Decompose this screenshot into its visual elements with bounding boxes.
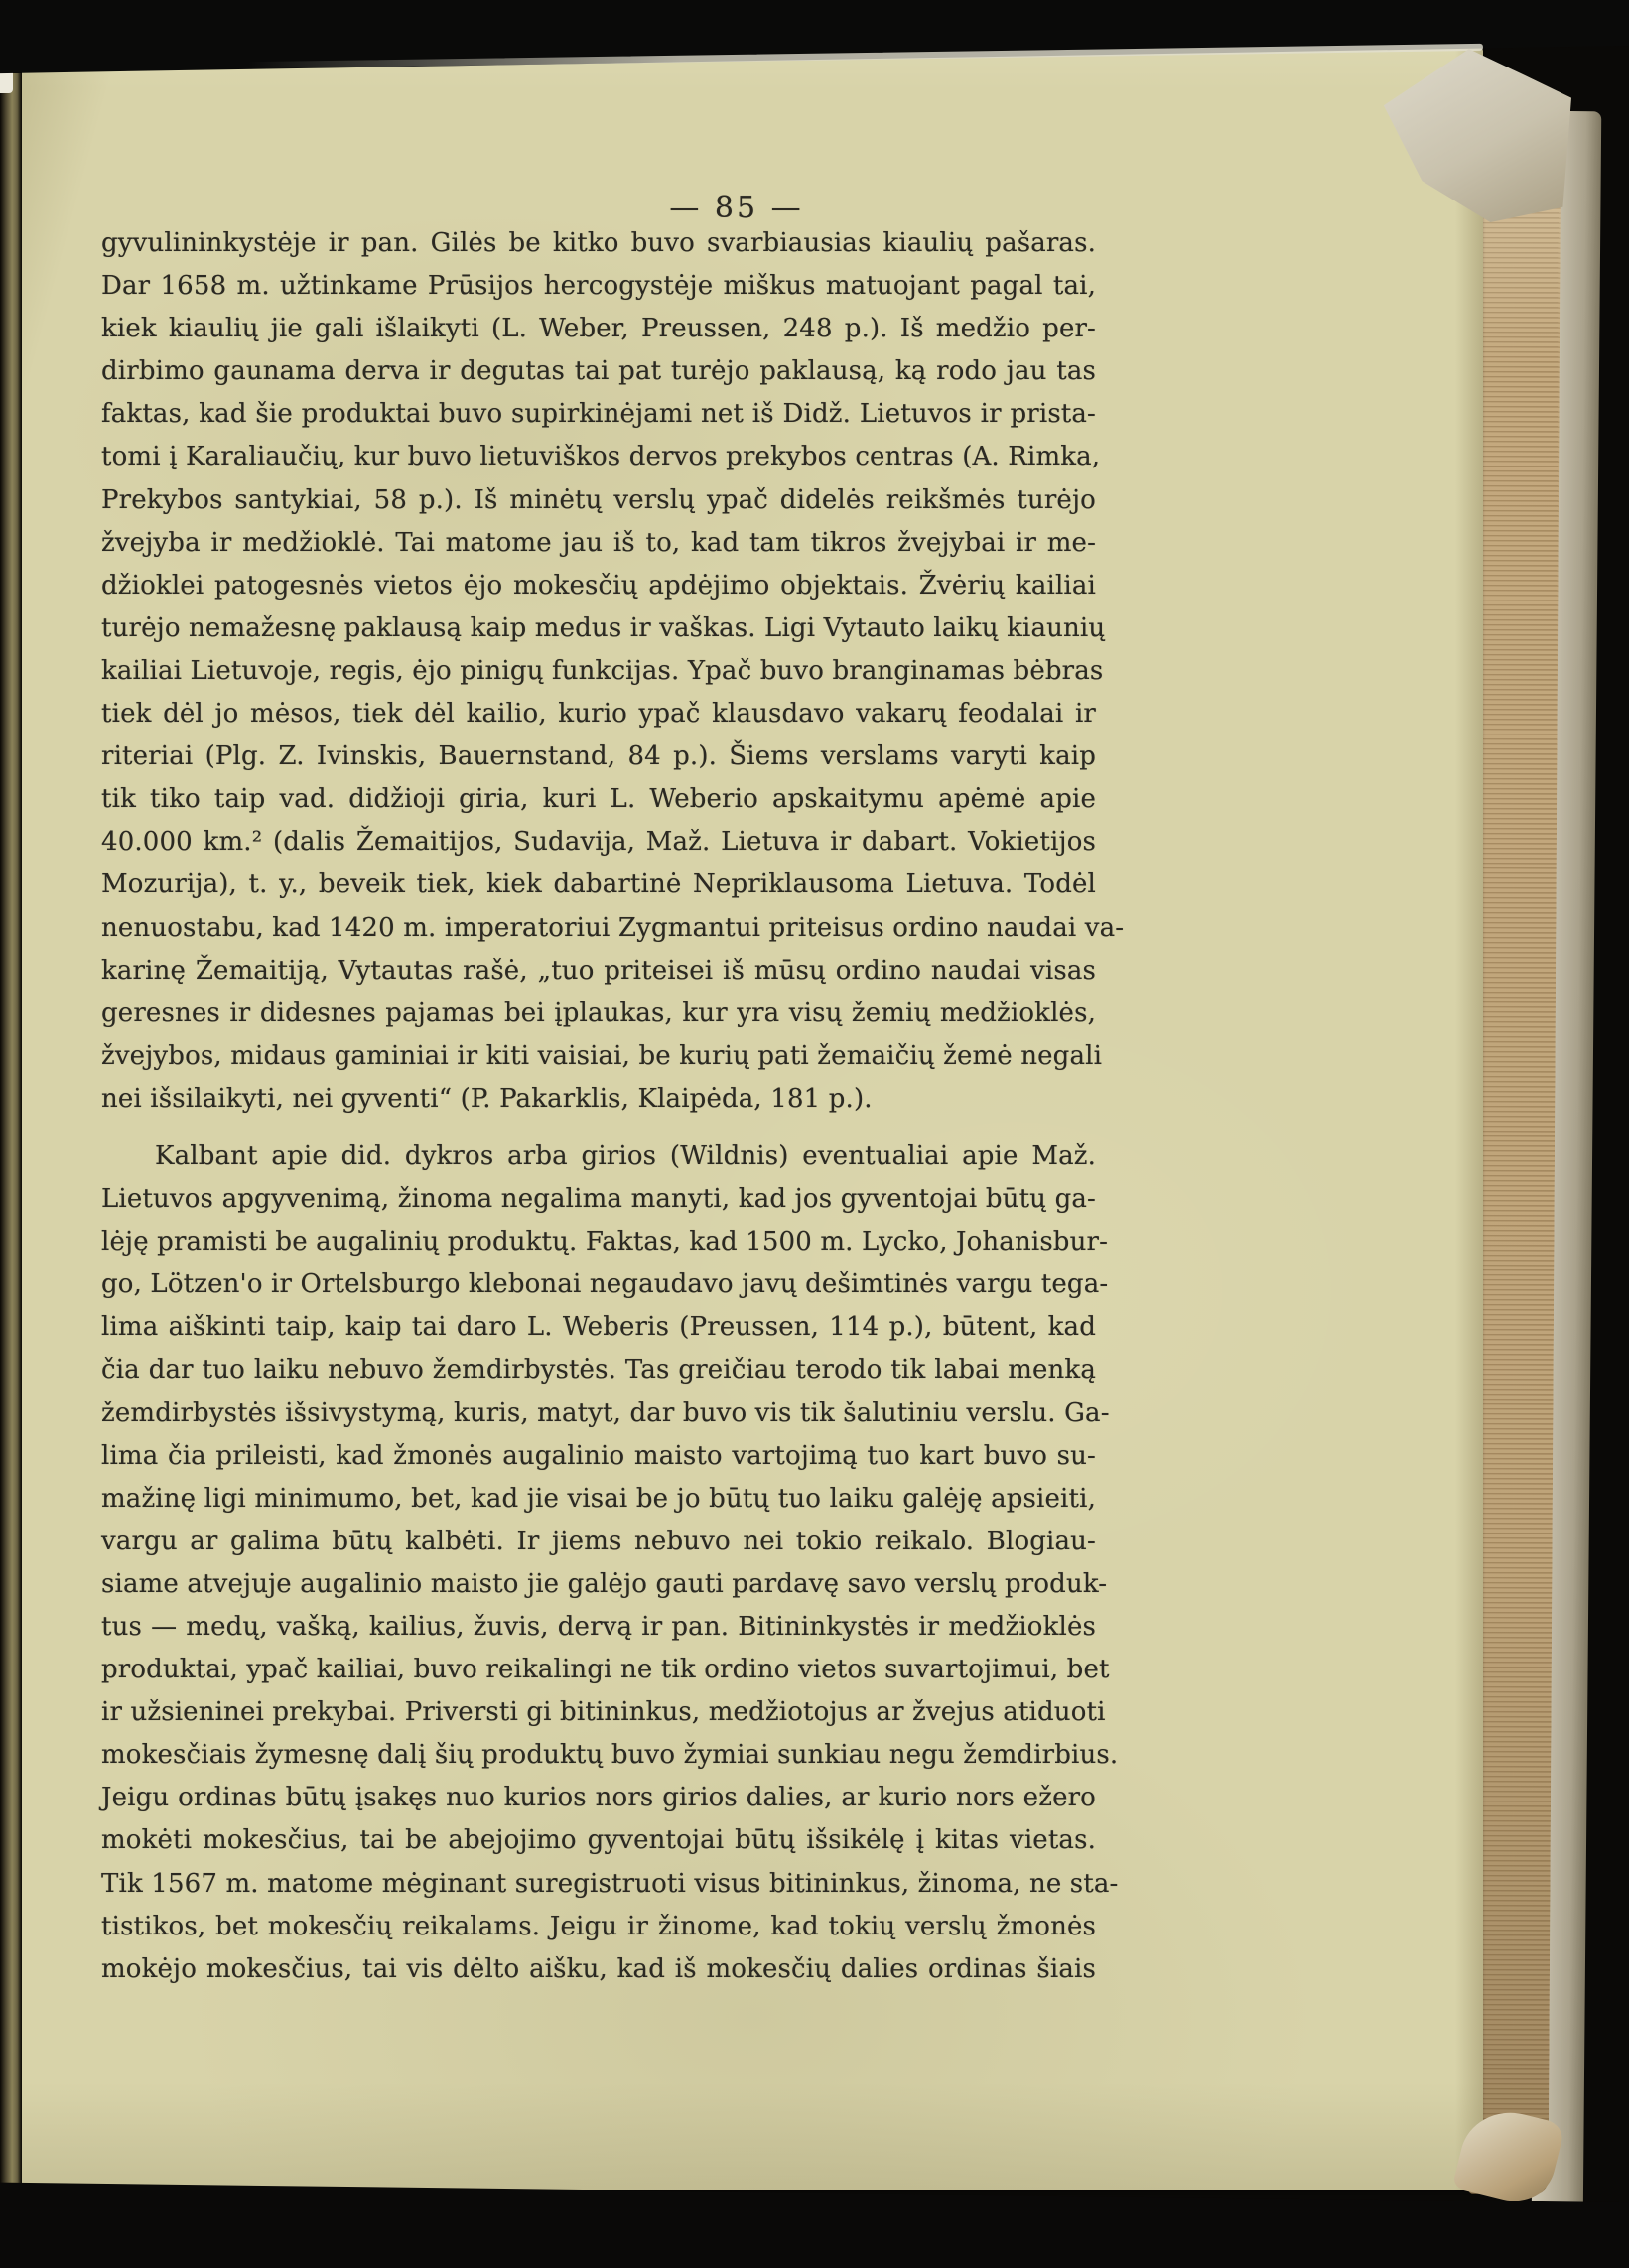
- text-line: nei išsilaikyti, nei gyventi“ (P. Pakark…: [101, 1078, 1096, 1121]
- text-line: mokesčiais žymesnę dalį šių produktų buv…: [101, 1734, 1096, 1777]
- text-line: tiek dėl jo mėsos, tiek dėl kailio, kuri…: [101, 693, 1096, 735]
- text-line: mažinę ligi minimumo, bet, kad jie visai…: [101, 1478, 1096, 1521]
- text-line: kailiai Lietuvoje, regis, ėjo pinigų fun…: [101, 650, 1096, 693]
- text-line: čia dar tuo laiku nebuvo žemdirbystės. T…: [101, 1349, 1096, 1392]
- book-page: — 85 — gyvulininkystėje ir pan. Gilės be…: [22, 46, 1483, 2190]
- text-line: nenuostabu, kad 1420 m. imperatoriui Zyg…: [101, 907, 1096, 950]
- text-line: dirbimo gaunama derva ir degutas tai pat…: [101, 350, 1096, 393]
- text-line: ir užsieninei prekybai. Priversti gi bit…: [101, 1691, 1096, 1734]
- text-line: turėjo nemažesnę paklausą kaip medus ir …: [101, 607, 1096, 650]
- text-line: Mozurija), t. y., beveik tiek, kiek daba…: [101, 864, 1096, 906]
- text-line: riteriai (Plg. Z. Ivinskis, Bauernstand,…: [101, 735, 1096, 778]
- text-line: Tik 1567 m. matome mėginant suregistruot…: [101, 1863, 1096, 1906]
- text-line: siame atvejuje augalinio maisto jie galė…: [101, 1563, 1096, 1606]
- text-line: žemdirbystės išsivystymą, kuris, matyt, …: [101, 1393, 1096, 1435]
- text-line: tistikos, bet mokesčių reikalams. Jeigu …: [101, 1906, 1096, 1948]
- text-line: lima čia prileisti, kad žmonės augalinio…: [101, 1435, 1096, 1478]
- bottom-scan-border: [0, 2180, 1629, 2268]
- text-line: tus — medų, vašką, kailius, žuvis, dervą…: [101, 1606, 1096, 1649]
- text-line: lima aiškinti taip, kaip tai daro L. Web…: [101, 1306, 1096, 1349]
- text-line-paragraph-start: Kalbant apie did. dykros arba girios (Wi…: [101, 1135, 1096, 1178]
- text-line: mokėjo mokesčius, tai vis dėlto aišku, k…: [101, 1948, 1096, 1991]
- text-line: vargu ar galima būtų kalbėti. Ir jiems n…: [101, 1521, 1096, 1563]
- text-line: Lietuvos apgyvenimą, žinoma negalima man…: [101, 1178, 1096, 1221]
- text-line: tomi į Karaliaučių, kur buvo lietuviškos…: [101, 436, 1096, 478]
- text-line: Prekybos santykiai, 58 p.). Iš minėtų ve…: [101, 479, 1096, 522]
- text-line: karinę Žemaitiją, Vytautas rašė, „tuo pr…: [101, 950, 1096, 993]
- text-line: tik tiko taip vad. didžioji giria, kuri …: [101, 778, 1096, 821]
- text-line: 40.000 km.² (dalis Žemaitijos, Sudavija,…: [101, 821, 1096, 864]
- text-line: mokėti mokesčius, tai be abejojimo gyven…: [101, 1819, 1096, 1862]
- text-line: lėję pramisti be augalinių produktų. Fak…: [101, 1221, 1096, 1264]
- text-line: kiek kiaulių jie gali išlaikyti (L. Webe…: [101, 308, 1096, 350]
- text-line: produktai, ypač kailiai, buvo reikalingi…: [101, 1649, 1096, 1691]
- page-number: — 85 —: [220, 191, 1253, 226]
- left-book-edge: [0, 73, 22, 2247]
- text-line: faktas, kad šie produktai buvo supirkinė…: [101, 393, 1096, 436]
- text-line: žvejybos, midaus gaminiai ir kiti vaisia…: [101, 1035, 1096, 1078]
- scanned-book-photo: — 85 — gyvulininkystėje ir pan. Gilės be…: [0, 0, 1629, 2268]
- text-line: gyvulininkystėje ir pan. Gilės be kitko …: [101, 222, 1096, 265]
- text-line: Jeigu ordinas būtų įsakęs nuo kurios nor…: [101, 1777, 1096, 1819]
- text-line: Dar 1658 m. užtinkame Prūsijos hercogyst…: [101, 265, 1096, 308]
- text-line: žvejyba ir medžioklė. Tai matome jau iš …: [101, 522, 1096, 565]
- text-line: go, Lötzen'o ir Ortelsburgo klebonai neg…: [101, 1264, 1096, 1306]
- text-block: gyvulininkystėje ir pan. Gilės be kitko …: [101, 222, 1096, 1991]
- text-line: geresnes ir didesnes pajamas bei įplauka…: [101, 993, 1096, 1035]
- text-line: džioklei patogesnės vietos ėjo mokesčių …: [101, 565, 1096, 607]
